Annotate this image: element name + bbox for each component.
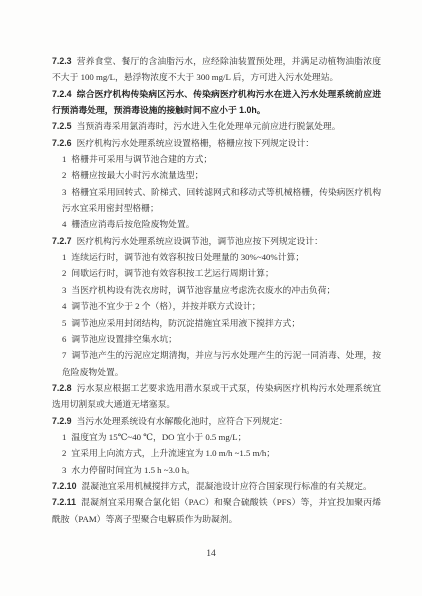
- item-text: 水力停留时间宜为 1.5 h ~3.0 h。: [71, 465, 195, 475]
- clause-7-2-11: 7.2.11混凝剂宜采用聚合氯化铝（PAC）和聚合硫酸铁（PFS）等，并宜投加聚…: [52, 494, 381, 527]
- clause-7-2-7-item-7: 7调节池产生的污泥应定期清掏，并应与污水处理产生的污泥一同消毒、处理，按危险废物…: [52, 347, 381, 380]
- clause-7-2-6-item-4: 4栅渣应消毒后按危险废物处置。: [52, 216, 381, 232]
- document-page: 7.2.3营养食堂、餐厅的含油脂污水，应经除油装置预处理，并满足动植物油脂浓度不…: [0, 0, 422, 596]
- item-text: 调节池应设置排空集水坑；: [71, 334, 177, 344]
- clause-7-2-8: 7.2.8污水泵应根据工艺要求选用潜水泵或干式泵，传染病医疗机构污水处理系统宜选…: [52, 380, 381, 413]
- item-text: 调节池不宜少于 2 个（格），并按并联方式设计；: [71, 301, 260, 311]
- clause-7-2-7-item-4: 4调节池不宜少于 2 个（格），并按并联方式设计；: [52, 298, 381, 314]
- clause-text: 当污水处理系统设有水解酸化池时，应符合下列规定：: [77, 416, 288, 426]
- clause-7-2-4: 7.2.4综合医疗机构传染病区污水、传染病医疗机构污水在进入污水处理系统前应进行…: [52, 86, 381, 119]
- clause-7-2-9-item-1: 1温度宜为 15℃~40 ℃，DO 宜小于 0.5 mg/L；: [52, 429, 381, 445]
- clause-text: 混凝池宜采用机械搅拌方式，混凝池设计应符合国家现行标准的有关规定。: [81, 481, 371, 491]
- clause-number: 7.2.7: [52, 236, 72, 246]
- item-number: 1: [62, 432, 66, 442]
- item-number: 6: [62, 334, 66, 344]
- item-number: 2: [62, 448, 66, 458]
- item-text: 调节池产生的污泥应定期清掏，并应与污水处理产生的污泥一同消毒、处理，按危险废物处…: [62, 350, 381, 376]
- item-text: 温度宜为 15℃~40 ℃，DO 宜小于 0.5 mg/L；: [71, 432, 246, 442]
- item-number: 4: [62, 301, 66, 311]
- clause-number: 7.2.11: [52, 497, 76, 507]
- item-text: 间歇运行时，调节池有效容积按工艺运行周期计算；: [71, 268, 273, 278]
- clause-7-2-3: 7.2.3营养食堂、餐厅的含油脂污水，应经除油装置预处理，并满足动植物油脂浓度不…: [52, 53, 381, 86]
- item-number: 2: [62, 170, 66, 180]
- clause-text: 营养食堂、餐厅的含油脂污水，应经除油装置预处理，并满足动植物油脂浓度不大于 10…: [52, 56, 381, 82]
- item-number: 3: [62, 187, 66, 197]
- item-text: 栅渣应消毒后按危险废物处置。: [71, 219, 194, 229]
- clause-7-2-9: 7.2.9当污水处理系统设有水解酸化池时，应符合下列规定：: [52, 413, 381, 429]
- clause-text: 医疗机构污水处理系统应设调节池，调节池应按下列规定设计：: [77, 236, 323, 246]
- clause-number: 7.2.9: [52, 416, 72, 426]
- clause-7-2-6-item-2: 2格栅应按最大小时污水流量选型；: [52, 167, 381, 183]
- clause-number: 7.2.6: [52, 138, 72, 148]
- item-number: 1: [62, 252, 66, 262]
- clause-7-2-9-item-2: 2宜采用上向流方式，上升流速宜为 1.0 m/h ~1.5 m/h；: [52, 445, 381, 461]
- clause-number: 7.2.10: [52, 481, 76, 491]
- clause-number: 7.2.3: [52, 56, 72, 66]
- document-body: 7.2.3营养食堂、餐厅的含油脂污水，应经除油装置预处理，并满足动植物油脂浓度不…: [52, 53, 381, 527]
- clause-7-2-7-item-1: 1连续运行时，调节池有效容积按日处理量的 30%~40%计算；: [52, 249, 381, 265]
- clause-number: 7.2.4: [52, 89, 72, 99]
- item-text: 宜采用上向流方式，上升流速宜为 1.0 m/h ~1.5 m/h；: [71, 448, 275, 458]
- clause-7-2-9-item-3: 3水力停留时间宜为 1.5 h ~3.0 h。: [52, 462, 381, 478]
- clause-7-2-6-item-1: 1格栅井可采用与调节池合建的方式；: [52, 151, 381, 167]
- clause-7-2-7-item-6: 6调节池应设置排空集水坑；: [52, 331, 381, 347]
- item-number: 3: [62, 285, 66, 295]
- clause-7-2-7-item-5: 5调节池应采用封闭结构，防沉淀措施宜采用液下搅拌方式；: [52, 315, 381, 331]
- clause-text: 污水泵应根据工艺要求选用潜水泵或干式泵，传染病医疗机构污水处理系统宜选用切割泵或…: [52, 383, 381, 409]
- clause-text: 综合医疗机构传染病区污水、传染病医疗机构污水在进入污水处理系统前应进行预消毒处理…: [52, 89, 381, 115]
- item-text: 当医疗机构设有洗衣房时，调节池容量应考虑洗衣废水的冲击负荷；: [71, 285, 335, 295]
- item-number: 7: [62, 350, 66, 360]
- item-number: 3: [62, 465, 66, 475]
- clause-text: 混凝剂宜采用聚合氯化铝（PAC）和聚合硫酸铁（PFS）等，并宜投加聚丙烯酰胺（P…: [52, 497, 381, 523]
- clause-7-2-6: 7.2.6医疗机构污水处理系统应设置格栅，格栅应按下列规定设计：: [52, 135, 381, 151]
- item-text: 调节池应采用封闭结构，防沉淀措施宜采用液下搅拌方式；: [71, 318, 300, 328]
- clause-number: 7.2.8: [52, 383, 72, 393]
- clause-7-2-10: 7.2.10混凝池宜采用机械搅拌方式，混凝池设计应符合国家现行标准的有关规定。: [52, 478, 381, 494]
- item-text: 格栅应按最大小时污水流量选型；: [71, 170, 203, 180]
- item-text: 格栅井可采用与调节池合建的方式；: [71, 154, 212, 164]
- clause-7-2-5: 7.2.5当预消毒采用氯消毒时，污水进入生化处理单元前应进行脱氯处理。: [52, 118, 381, 134]
- clause-number: 7.2.5: [52, 121, 72, 131]
- clause-text: 当预消毒采用氯消毒时，污水进入生化处理单元前应进行脱氯处理。: [77, 121, 341, 131]
- item-text: 格栅宜采用回转式、阶梯式、回转滤网式和移动式等机械格栅，传染病医疗机构污水宜采用…: [62, 187, 381, 213]
- page-number: 14: [0, 549, 422, 559]
- clause-text: 医疗机构污水处理系统应设置格栅，格栅应按下列规定设计：: [77, 138, 315, 148]
- item-number: 4: [62, 219, 66, 229]
- item-number: 1: [62, 154, 66, 164]
- clause-7-2-7: 7.2.7医疗机构污水处理系统应设调节池，调节池应按下列规定设计：: [52, 233, 381, 249]
- clause-7-2-7-item-2: 2间歇运行时，调节池有效容积按工艺运行周期计算；: [52, 265, 381, 281]
- clause-7-2-6-item-3: 3格栅宜采用回转式、阶梯式、回转滤网式和移动式等机械格栅，传染病医疗机构污水宜采…: [52, 184, 381, 217]
- item-number: 5: [62, 318, 66, 328]
- item-text: 连续运行时，调节池有效容积按日处理量的 30%~40%计算；: [71, 252, 304, 262]
- item-number: 2: [62, 268, 66, 278]
- clause-7-2-7-item-3: 3当医疗机构设有洗衣房时，调节池容量应考虑洗衣废水的冲击负荷；: [52, 282, 381, 298]
